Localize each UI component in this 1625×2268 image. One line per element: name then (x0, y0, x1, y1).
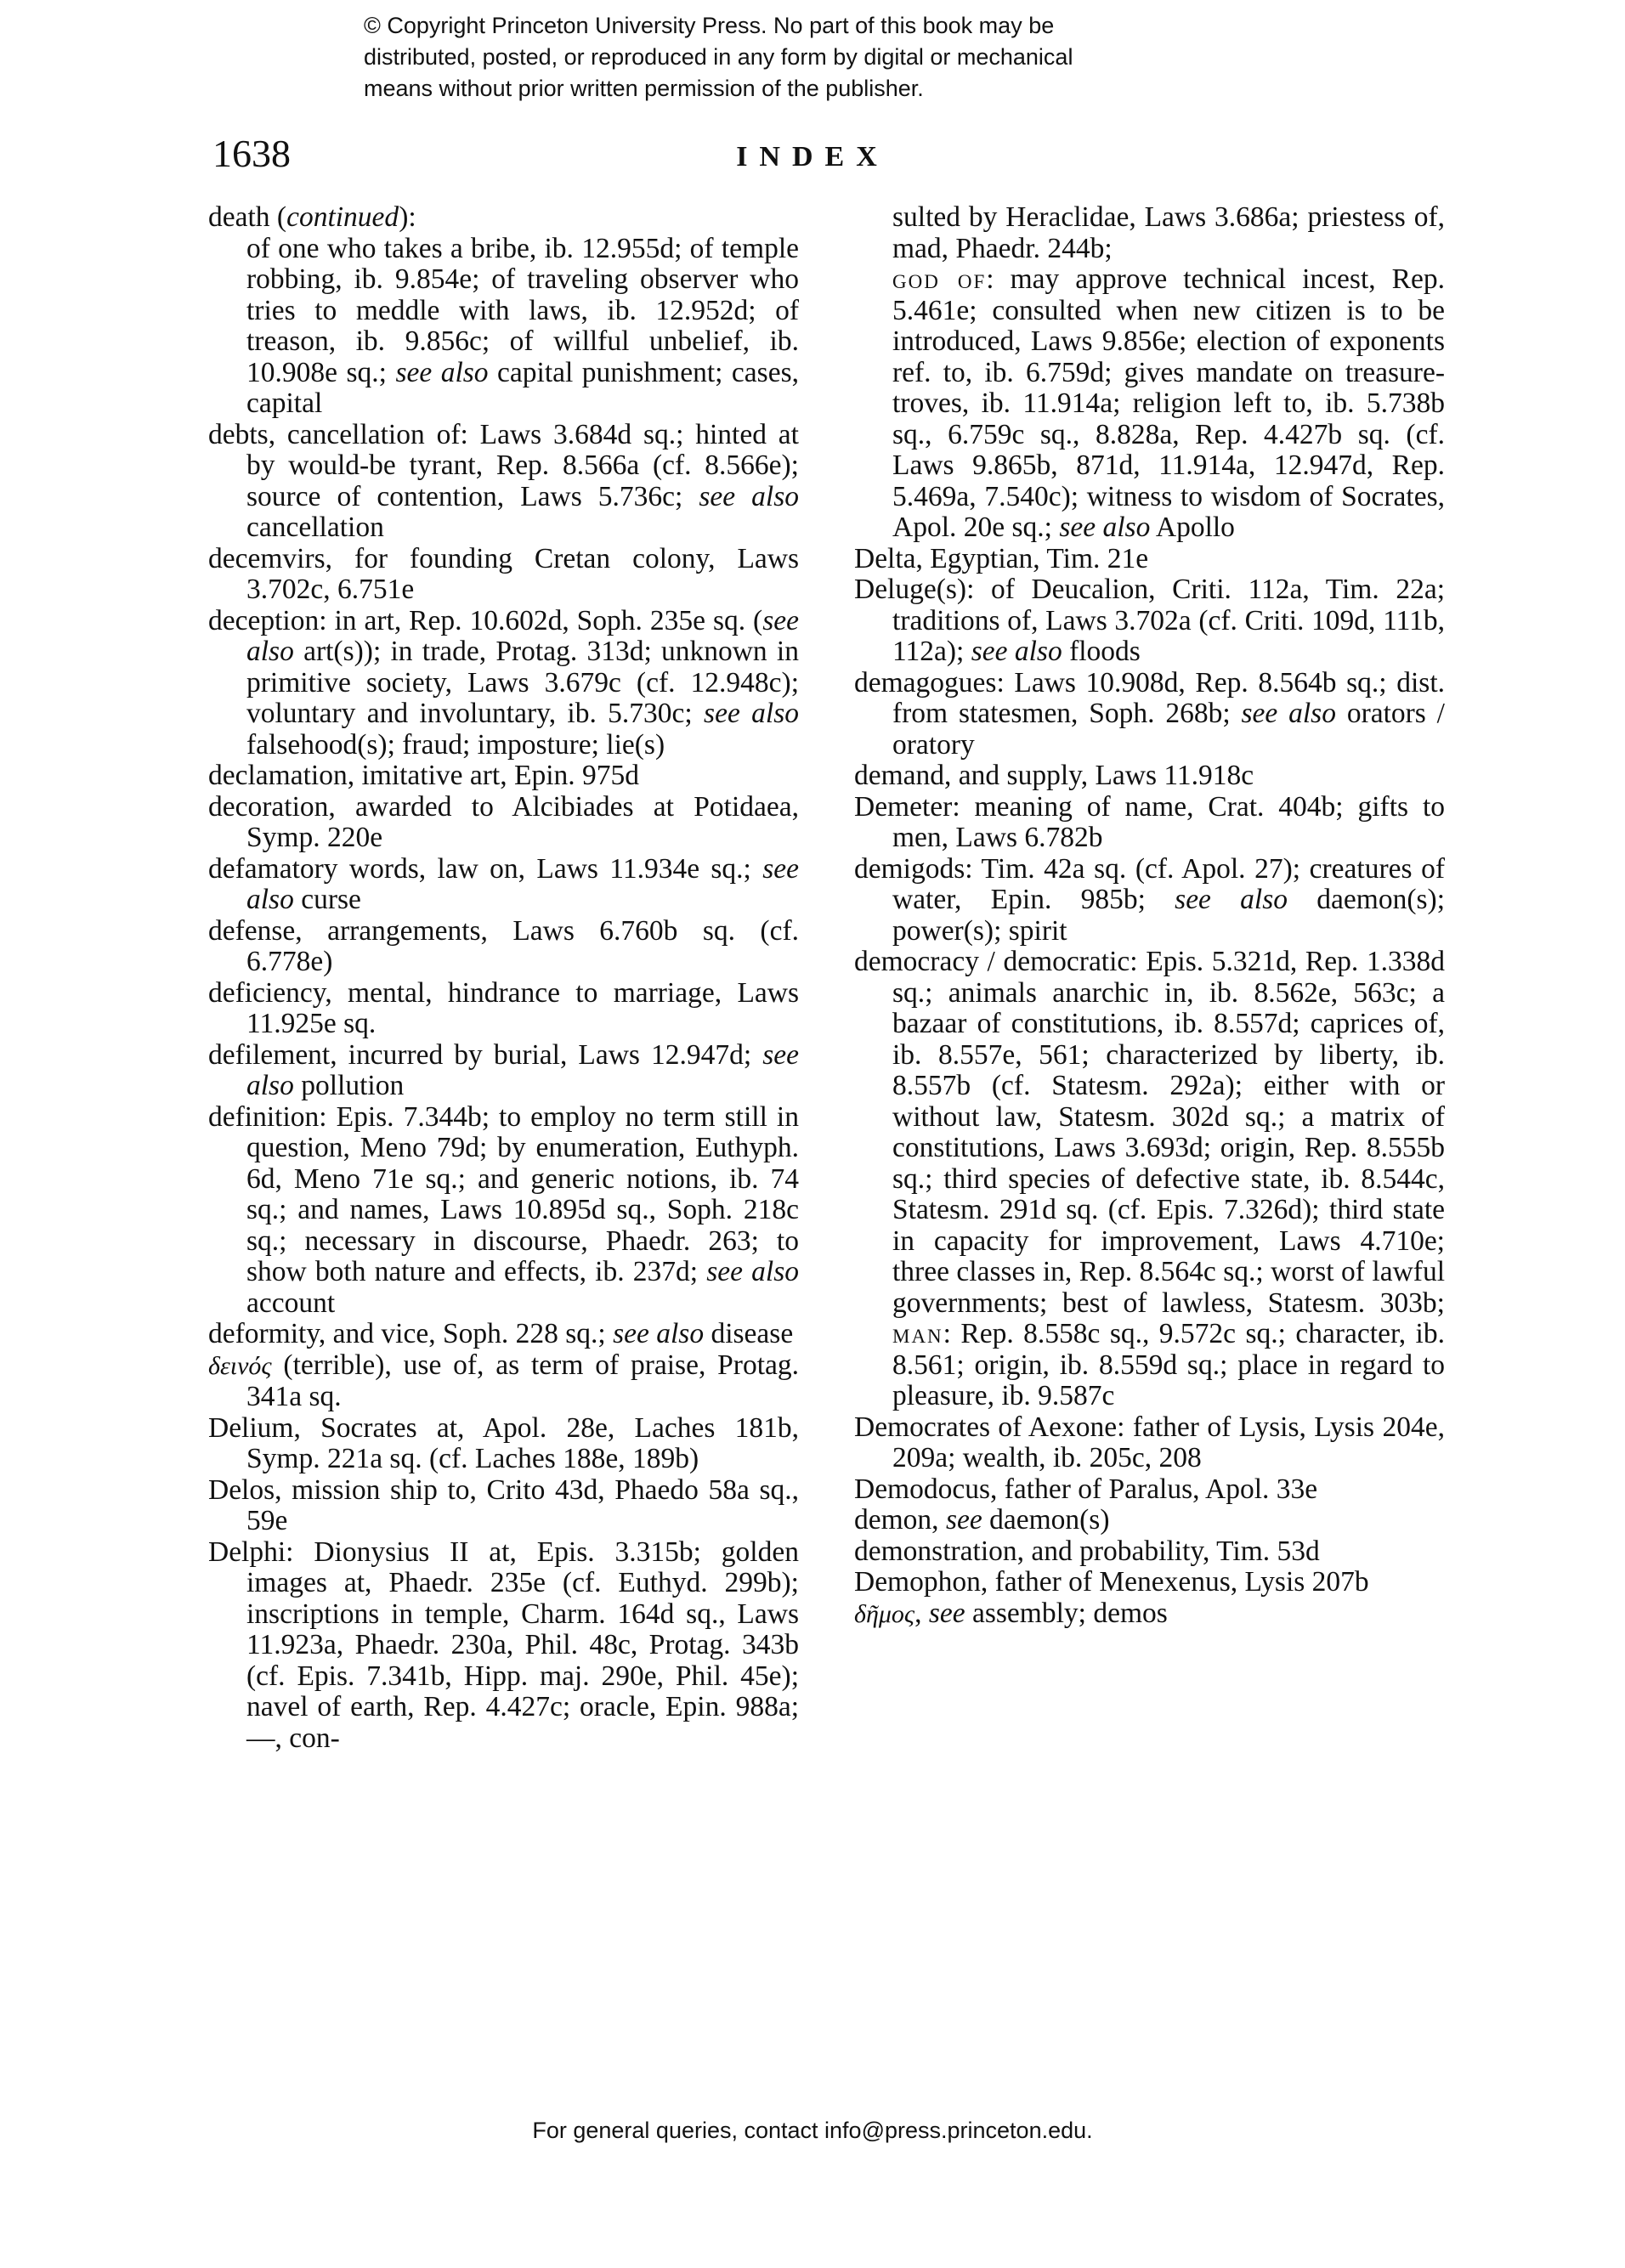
index-entry: δεινός (terrible), use of, as term of pr… (208, 1350, 799, 1413)
entry-text: deception: in art, Rep. 10.602d, Soph. 2… (208, 605, 762, 636)
index-entry: Demodocus, father of Paralus, Apol. 33e (854, 1474, 1445, 1506)
entry-text: cancellation (246, 512, 384, 543)
entry-text: floods (1062, 636, 1141, 667)
index-entry: sulted by Heraclidae, Laws 3.686a; pries… (854, 202, 1445, 264)
greek-term: δῆμος (854, 1600, 914, 1628)
index-entry: deformity, and vice, Soph. 228 sq.; see … (208, 1319, 799, 1350)
index-entry: Deluge(s): of Deucalion, Criti. 112a, Ti… (854, 574, 1445, 668)
index-entry: death (continued): (208, 202, 799, 234)
index-entry: democracy / democratic: Epis. 5.321d, Re… (854, 947, 1445, 1412)
entry-text: deficiency, mental, hindrance to marriag… (208, 977, 799, 1040)
index-entry: debts, cancellation of: Laws 3.684d sq.;… (208, 420, 799, 544)
subheading-label: man (892, 1318, 943, 1349)
index-column-right: sulted by Heraclidae, Laws 3.686a; pries… (854, 202, 1445, 1630)
cross-ref-label: see also (699, 481, 799, 512)
cross-ref-label: see also (706, 1256, 799, 1287)
cross-ref-label: see (946, 1504, 982, 1536)
entry-text: Demeter: meaning of name, Crat. 404b; gi… (854, 791, 1445, 854)
index-entry: Delphi: Dionysius II at, Epis. 3.315b; g… (208, 1537, 799, 1755)
index-entry: Demophon, father of Menexenus, Lysis 207… (854, 1567, 1445, 1598)
copyright-line: means without prior written permission o… (364, 73, 1214, 105)
index-entry: deficiency, mental, hindrance to marriag… (208, 978, 799, 1040)
copyright-line: distributed, posted, or reproduced in an… (364, 42, 1214, 73)
running-head: 1638 INDEX (0, 127, 1625, 178)
cross-ref-label: see also (395, 357, 488, 388)
index-entry: Democrates of Aexone: father of Lysis, L… (854, 1412, 1445, 1474)
entry-text: defilement, incurred by burial, Laws 12.… (208, 1039, 762, 1071)
entry-text: deformity, and vice, Soph. 228 sq.; (208, 1318, 613, 1349)
cross-ref-label: see also (1059, 512, 1150, 543)
index-entry: defamatory words, law on, Laws 11.934e s… (208, 854, 799, 916)
entry-text: (terrible), use of, as term of praise, P… (246, 1349, 799, 1413)
entry-text: declamation, imitative art, Epin. 975d (208, 760, 639, 791)
entry-text: , (914, 1598, 929, 1629)
index-entry: δῆμος, see assembly; demos (854, 1598, 1445, 1631)
copyright-notice: © Copyright Princeton University Press. … (364, 10, 1214, 105)
entry-text: demand, and supply, Laws 11.918c (854, 760, 1254, 791)
entry-text: assembly; demos (965, 1598, 1168, 1629)
index-entry: defense, arrangements, Laws 6.760b sq. (… (208, 916, 799, 978)
index-entry: of one who takes a bribe, ib. 12.955d; o… (208, 234, 799, 420)
entry-term: death ( (208, 201, 286, 233)
entry-text: Delos, mission ship to, Crito 43d, Phaed… (208, 1474, 799, 1537)
page-title: INDEX (0, 141, 1625, 173)
index-entry: definition: Epis. 7.344b; to employ no t… (208, 1102, 799, 1320)
continued-label: continued (286, 201, 399, 233)
entry-text: decoration, awarded to Alcibiades at Pot… (208, 791, 799, 854)
cross-ref-label: see (929, 1598, 965, 1629)
entry-text: falsehood(s); fraud; imposture; lie(s) (246, 729, 665, 761)
cross-ref-label: see also (613, 1318, 704, 1349)
index-entry: decemvirs, for founding Cretan colony, L… (208, 544, 799, 606)
index-entry: Delium, Socrates at, Apol. 28e, Laches 1… (208, 1413, 799, 1475)
index-entry: defilement, incurred by burial, Laws 12.… (208, 1040, 799, 1102)
copyright-line: © Copyright Princeton University Press. … (364, 10, 1214, 42)
index-entry: Delos, mission ship to, Crito 43d, Phaed… (208, 1475, 799, 1537)
index-entry: demand, and supply, Laws 11.918c (854, 761, 1445, 792)
entry-text: sulted by Heraclidae, Laws 3.686a; pries… (892, 201, 1445, 264)
entry-text: : may approve technical incest, Rep. 5.4… (892, 263, 1445, 543)
entry-text: Apollo (1150, 512, 1235, 543)
cross-ref-label: see also (1175, 884, 1288, 915)
entry-text: Deluge(s): of Deucalion, Criti. 112a, Ti… (854, 574, 1445, 667)
index-entry: demonstration, and probability, Tim. 53d (854, 1536, 1445, 1568)
entry-text: disease (704, 1318, 793, 1349)
entry-text: Delium, Socrates at, Apol. 28e, Laches 1… (208, 1412, 799, 1475)
entry-text: Democrates of Aexone: father of Lysis, L… (854, 1411, 1445, 1474)
entry-text: curse (294, 884, 361, 915)
index-column-left: death (continued):of one who takes a bri… (208, 202, 799, 1754)
index-entry: god of: may approve technical incest, Re… (854, 264, 1445, 544)
greek-term: δεινός (208, 1352, 272, 1380)
entry-text: account (246, 1287, 335, 1319)
entry-text: demonstration, and probability, Tim. 53d (854, 1536, 1320, 1567)
entry-text: defamatory words, law on, Laws 11.934e s… (208, 853, 762, 885)
index-entry: demigods: Tim. 42a sq. (cf. Apol. 27); c… (854, 854, 1445, 947)
entry-text: defense, arrangements, Laws 6.760b sq. (… (208, 915, 799, 978)
cross-ref-label: see also (1242, 698, 1336, 729)
entry-text: pollution (294, 1070, 404, 1101)
entry-text: decemvirs, for founding Cretan colony, L… (208, 543, 799, 606)
index-entry: decoration, awarded to Alcibiades at Pot… (208, 792, 799, 854)
cross-ref-label: see also (704, 698, 799, 729)
entry-text: democracy / democratic: Epis. 5.321d, Re… (854, 946, 1445, 1319)
entry-text: demon, (854, 1504, 946, 1536)
entry-text: Demodocus, father of Paralus, Apol. 33e (854, 1473, 1317, 1505)
entry-text: daemon(s) (982, 1504, 1110, 1536)
index-entry: deception: in art, Rep. 10.602d, Soph. 2… (208, 606, 799, 761)
index-entry: Delta, Egyptian, Tim. 21e (854, 544, 1445, 575)
footer-contact: For general queries, contact info@press.… (0, 2118, 1625, 2144)
index-entry: demagogues: Laws 10.908d, Rep. 8.564b sq… (854, 668, 1445, 761)
index-entry: demon, see daemon(s) (854, 1505, 1445, 1536)
entry-punct: ): (399, 201, 416, 233)
entry-text: : Rep. 8.558c sq., 9.572c sq.; character… (892, 1318, 1445, 1411)
cross-ref-label: see also (971, 636, 1062, 667)
entry-text: Delta, Egyptian, Tim. 21e (854, 543, 1148, 574)
index-entry: Demeter: meaning of name, Crat. 404b; gi… (854, 792, 1445, 854)
entry-text: Delphi: Dionysius II at, Epis. 3.315b; g… (208, 1536, 799, 1754)
subheading-label: god of (892, 263, 986, 295)
entry-text: Demophon, father of Menexenus, Lysis 207… (854, 1566, 1369, 1598)
index-entry: declamation, imitative art, Epin. 975d (208, 761, 799, 792)
